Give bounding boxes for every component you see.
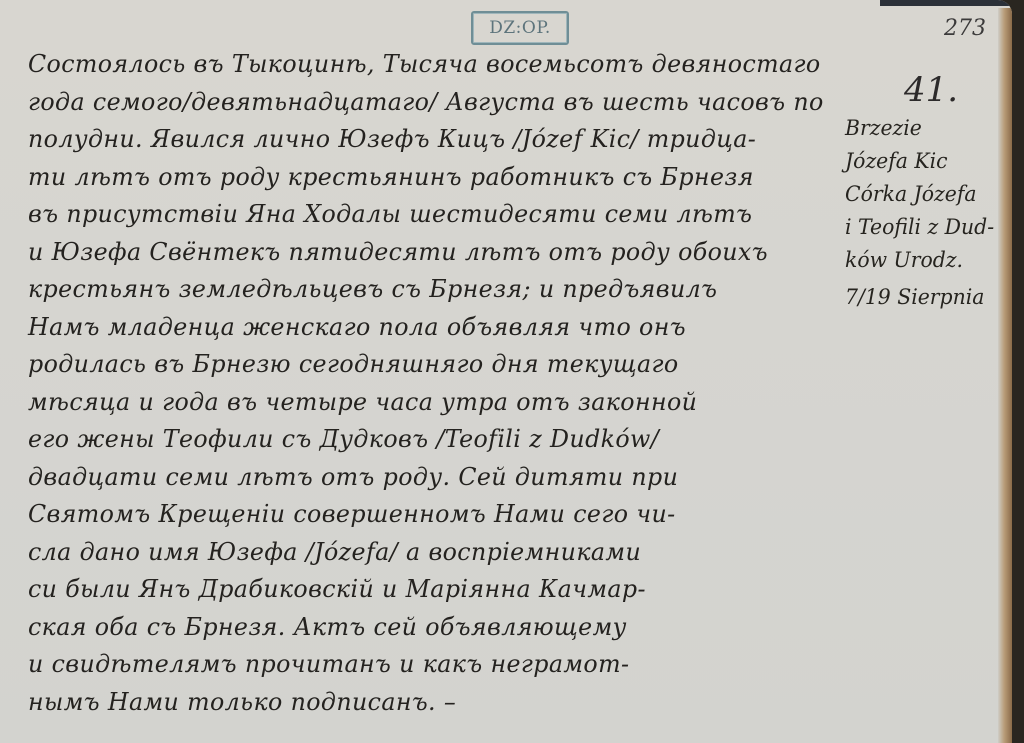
page-number: 273 <box>944 16 986 41</box>
body-line: въ присутствіи Яна Ходалы шестидесяти се… <box>28 196 828 234</box>
margin-line: i Teofili z Dud- <box>845 211 1010 244</box>
entry-number: 41. <box>904 70 958 110</box>
body-line: полудни. Явился лично Юзефъ Кицъ /Józef … <box>28 121 828 159</box>
register-page: DZ:OP. 273 41. Состоялось въ Тыкоцинѣ, Т… <box>0 0 1012 743</box>
body-line: си были Янъ Драбиковскій и Маріянна Качм… <box>28 571 828 609</box>
body-line: нымъ Нами только подписанъ. – <box>28 684 828 722</box>
body-line: Святомъ Крещеніи совершенномъ Нами сего … <box>28 496 828 534</box>
background-edge <box>880 0 1012 6</box>
body-line: и Юзефа Свёнтекъ пятидесяти лѣтъ отъ род… <box>28 234 828 272</box>
body-line: его жены Теофили съ Дудковъ /Teofili z D… <box>28 421 828 459</box>
body-line: мѣсяца и года въ четыре часа утра отъ за… <box>28 384 828 422</box>
body-line: крестьянъ земледѣльцевъ съ Брнезя; и пре… <box>28 271 828 309</box>
margin-line: ków Urodz. <box>845 244 1010 277</box>
body-line: ти лѣтъ отъ роду крестьянинъ работникъ с… <box>28 159 828 197</box>
body-line: ская оба съ Брнезя. Актъ сей объявляющем… <box>28 609 828 647</box>
body-line: и свидѣтелямъ прочитанъ и какъ неграмот- <box>28 646 828 684</box>
archive-stamp: DZ:OP. <box>471 11 569 45</box>
body-line: Состоялось въ Тыкоцинѣ, Тысяча восемьсот… <box>28 46 828 84</box>
body-line: года семого/девятьнадцатаго/ Августа въ … <box>28 84 828 122</box>
margin-line: Brzezie <box>845 112 1010 145</box>
body-line: сла дано имя Юзефа /Józefa/ а воспріемни… <box>28 534 828 572</box>
record-body: Состоялось въ Тыкоцинѣ, Тысяча восемьсот… <box>28 46 838 721</box>
margin-line: Córka Józefa <box>845 178 1010 211</box>
margin-line: Józefa Kic <box>845 145 1010 178</box>
body-line: родилась въ Брнезю сегодняшняго дня теку… <box>28 346 828 384</box>
margin-date: 7/19 Sierpnia <box>845 281 1010 314</box>
body-line: Намъ младенца женскаго пола объявляя что… <box>28 309 828 347</box>
body-line: двадцати семи лѣтъ отъ роду. Сей дитяти … <box>28 459 828 497</box>
margin-annotation: Brzezie Józefa Kic Córka Józefa i Teofil… <box>845 112 1012 314</box>
